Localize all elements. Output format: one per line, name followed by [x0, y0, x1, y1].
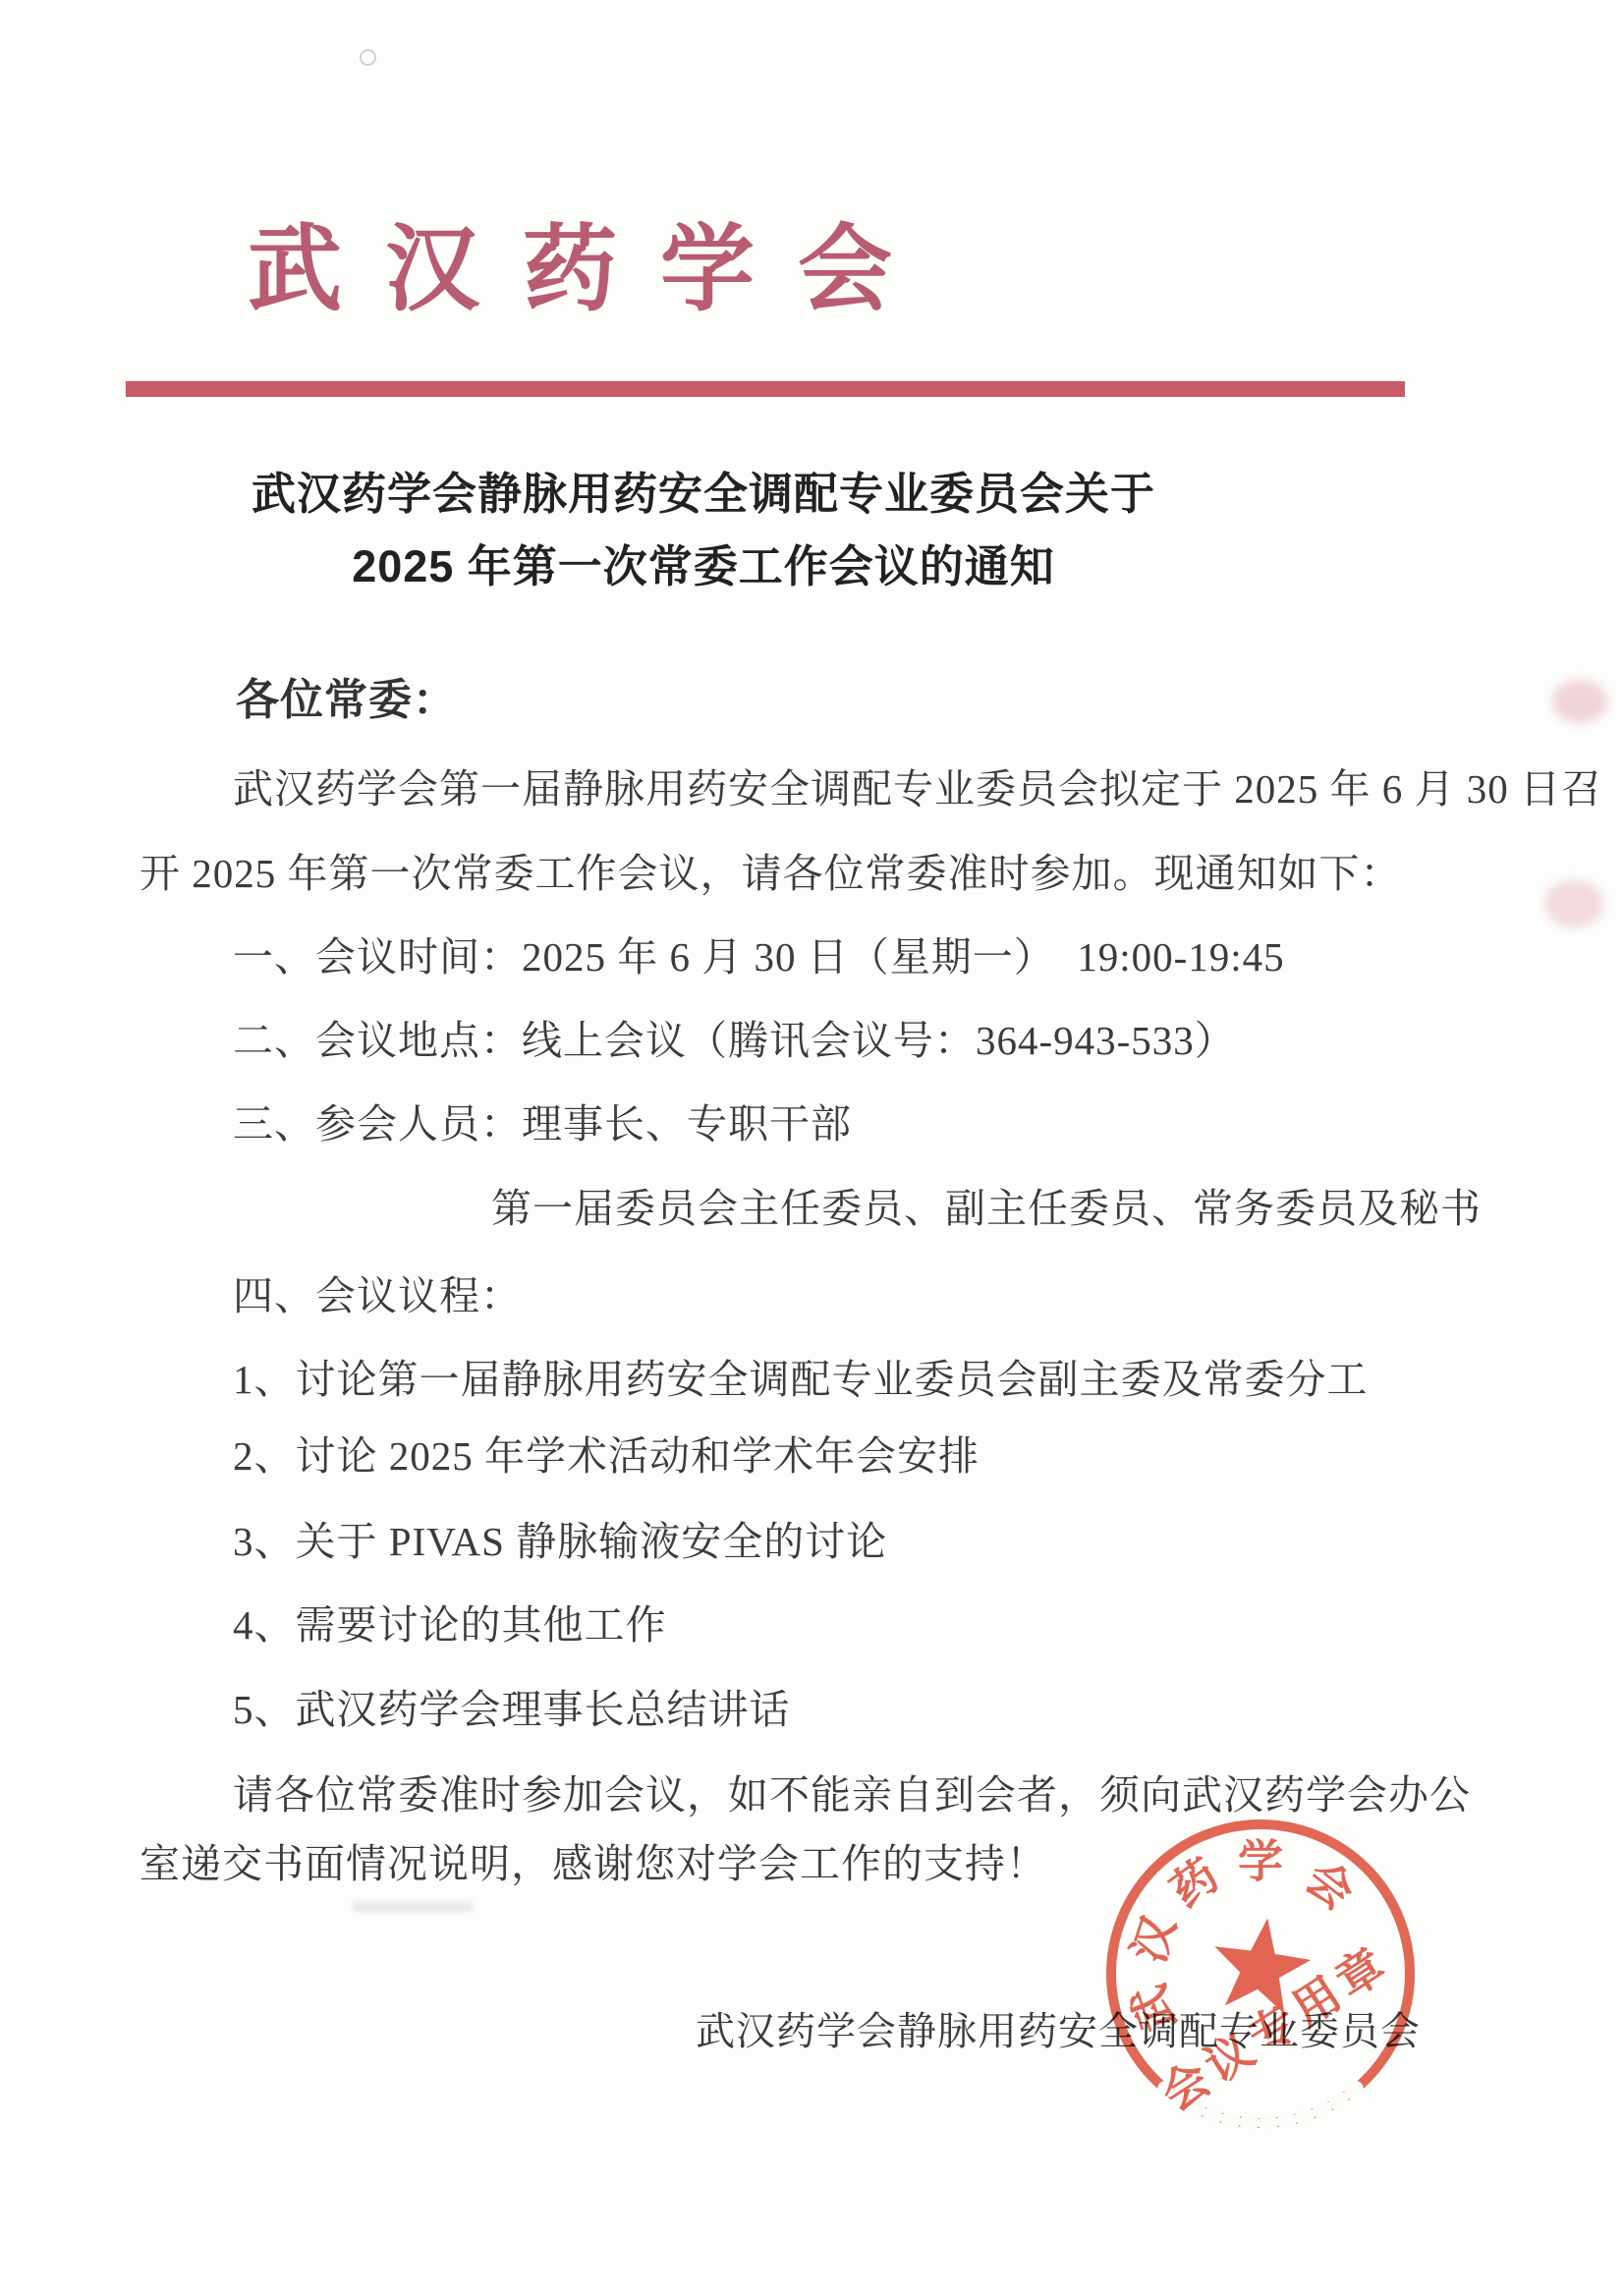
agenda-item-3: 3、关于 PIVAS 静脉输液安全的讨论	[233, 1509, 887, 1567]
agenda-item-4: 4、需要讨论的其他工作	[233, 1593, 667, 1651]
notice-title-line2: 2025 年第一次常委工作会议的通知	[0, 531, 1407, 603]
letterhead-divider	[126, 381, 1405, 397]
notice-title-line1: 武汉药学会静脉用药安全调配专业委员会关于	[0, 458, 1407, 531]
agenda-heading-item: 四、会议议程：	[233, 1263, 522, 1321]
official-seal: 武 汉 药 学 会 会议专用章	[1081, 1794, 1440, 2154]
seal-ring-char-1: 武	[1123, 1979, 1185, 2038]
attendees-item-sub: 第一届委员会主任委员、副主任委员、常务委员及秘书	[491, 1176, 1482, 1234]
agenda-item-2: 2、讨论 2025 年学术活动和学术年会安排	[233, 1424, 980, 1482]
scan-smudge-pink-1	[1552, 680, 1607, 723]
scan-dot-artifact	[360, 49, 376, 66]
agenda-item-1: 1、讨论第一届静脉用药安全调配专业委员会副主委及常委分工	[233, 1347, 1369, 1405]
meeting-time-item: 一、会议时间：2025 年 6 月 30 日（星期一） 19:00-19:45	[233, 924, 1285, 982]
notice-title: 武汉药学会静脉用药安全调配专业委员会关于 2025 年第一次常委工作会议的通知	[0, 458, 1407, 603]
intro-line2: 开 2025 年第一次常委工作会议，请各位常委准时参加。现通知如下：	[140, 841, 1402, 899]
scan-smudge-gray	[352, 1902, 474, 1912]
letterhead-title: 武 汉 药 学 会	[248, 195, 902, 329]
closing-line2: 室递交书面情况说明，感谢您对学会工作的支持！	[140, 1831, 1047, 1889]
salutation: 各位常委：	[236, 664, 457, 727]
document-page: 武 汉 药 学 会 武汉药学会静脉用药安全调配专业委员会关于 2025 年第一次…	[0, 0, 1624, 2295]
seal-ring-char-2: 汉	[1123, 1909, 1185, 1968]
agenda-item-5: 5、武汉药学会理事长总结讲话	[233, 1677, 791, 1735]
meeting-location-item: 二、会议地点：线上会议（腾讯会议号：364-943-533）	[233, 1008, 1236, 1066]
attendees-item: 三、参会人员：理事长、专职干部	[233, 1092, 852, 1149]
seal-ring-char-4: 学	[1238, 1837, 1283, 1887]
intro-line1: 武汉药学会第一届静脉用药安全调配专业委员会拟定于 2025 年 6 月 30 日…	[233, 756, 1602, 814]
scan-smudge-pink-2	[1544, 880, 1603, 927]
